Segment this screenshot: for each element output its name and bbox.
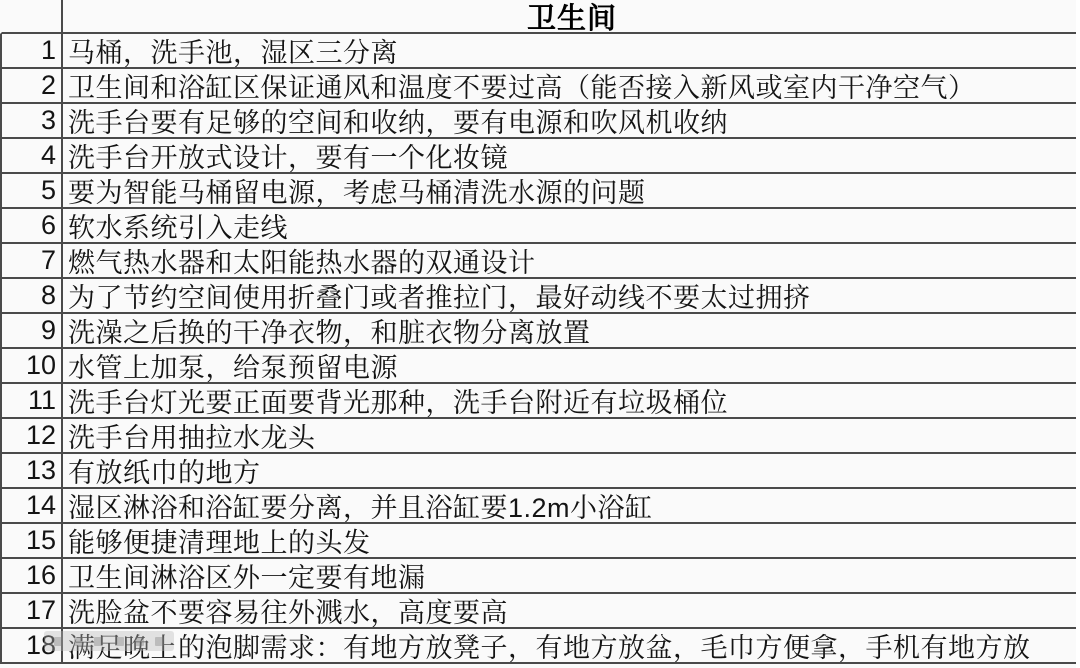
- table-header-row: 卫生间: [0, 0, 1076, 34]
- row-text: 满足晚上的泡脚需求：有地方放凳子，有地方放盆，毛巾方便拿，手机有地方放: [63, 629, 1076, 662]
- row-text: 卫生间和浴缸区保证通风和温度不要过高（能否接入新风或室内干净空气）: [63, 69, 1076, 102]
- table-row: 11 洗手台灯光要正面要背光那种，洗手台附近有垃圾桶位: [0, 384, 1076, 419]
- row-text: 要为智能马桶留电源，考虑马桶清洗水源的问题: [63, 174, 1076, 207]
- row-text: 湿区淋浴和浴缸要分离，并且浴缸要1.2m小浴缸: [63, 489, 1076, 522]
- row-text: 洗澡之后换的干净衣物，和脏衣物分离放置: [63, 314, 1076, 347]
- table-row: 4 洗手台开放式设计，要有一个化妆镜: [0, 139, 1076, 174]
- row-number: 3: [2, 104, 63, 137]
- row-number: 14: [2, 489, 63, 522]
- row-number: 5: [2, 174, 63, 207]
- table-row: 10 水管上加泵，给泵预留电源: [0, 349, 1076, 384]
- row-text: 有放纸巾的地方: [63, 454, 1076, 487]
- bathroom-notes-table: 卫生间 1 马桶，洗手池，湿区三分离 2 卫生间和浴缸区保证通风和温度不要过高（…: [0, 0, 1076, 668]
- row-number: 17: [2, 594, 63, 627]
- row-text: 卫生间淋浴区外一定要有地漏: [63, 559, 1076, 592]
- row-number: 10: [2, 349, 63, 382]
- row-number: 18: [2, 629, 63, 662]
- table-row: 8 为了节约空间使用折叠门或者推拉门，最好动线不要太过拥挤: [0, 279, 1076, 314]
- table-row: 9 洗澡之后换的干净衣物，和脏衣物分离放置: [0, 314, 1076, 349]
- table-row: 5 要为智能马桶留电源，考虑马桶清洗水源的问题: [0, 174, 1076, 209]
- row-text: 水管上加泵，给泵预留电源: [63, 349, 1076, 382]
- row-number: 2: [2, 69, 63, 102]
- row-text: 洗手台灯光要正面要背光那种，洗手台附近有垃圾桶位: [63, 384, 1076, 417]
- row-text: 软水系统引入走线: [63, 209, 1076, 242]
- row-text: 洗手台要有足够的空间和收纳，要有电源和吹风机收纳: [63, 104, 1076, 137]
- table-row: 15 能够便捷清理地上的头发: [0, 524, 1076, 559]
- table-row: 18 满足晚上的泡脚需求：有地方放凳子，有地方放盆，毛巾方便拿，手机有地方放: [0, 629, 1076, 664]
- table-row: 6 软水系统引入走线: [0, 209, 1076, 244]
- row-text: 洗手台开放式设计，要有一个化妆镜: [63, 139, 1076, 172]
- row-number: 8: [2, 279, 63, 312]
- row-number: 4: [2, 139, 63, 172]
- row-number: 6: [2, 209, 63, 242]
- row-number: 9: [2, 314, 63, 347]
- row-text: 为了节约空间使用折叠门或者推拉门，最好动线不要太过拥挤: [63, 279, 1076, 312]
- table-row: 16 卫生间淋浴区外一定要有地漏: [0, 559, 1076, 594]
- table-row: 13 有放纸巾的地方: [0, 454, 1076, 489]
- table-row: 1 马桶，洗手池，湿区三分离: [0, 34, 1076, 69]
- table-row: 7 燃气热水器和太阳能热水器的双通设计: [0, 244, 1076, 279]
- table-row: 14 湿区淋浴和浴缸要分离，并且浴缸要1.2m小浴缸: [0, 489, 1076, 524]
- table-row: 12 洗手台用抽拉水龙头: [0, 419, 1076, 454]
- table-row: 2 卫生间和浴缸区保证通风和温度不要过高（能否接入新风或室内干净空气）: [0, 69, 1076, 104]
- row-text: 洗手台用抽拉水龙头: [63, 419, 1076, 452]
- table-row: 17 洗脸盆不要容易往外溅水，高度要高: [0, 594, 1076, 629]
- row-text: 洗脸盆不要容易往外溅水，高度要高: [63, 594, 1076, 627]
- header-number-cell: [2, 0, 63, 32]
- row-number: 12: [2, 419, 63, 452]
- row-number: 13: [2, 454, 63, 487]
- row-number: 11: [2, 384, 63, 417]
- table-title: 卫生间: [63, 0, 1076, 32]
- row-number: 7: [2, 244, 63, 277]
- table-row: 3 洗手台要有足够的空间和收纳，要有电源和吹风机收纳: [0, 104, 1076, 139]
- row-text: 能够便捷清理地上的头发: [63, 524, 1076, 557]
- row-number: 15: [2, 524, 63, 557]
- row-text: 燃气热水器和太阳能热水器的双通设计: [63, 244, 1076, 277]
- row-number: 1: [2, 34, 63, 67]
- row-number: 16: [2, 559, 63, 592]
- row-text: 马桶，洗手池，湿区三分离: [63, 34, 1076, 67]
